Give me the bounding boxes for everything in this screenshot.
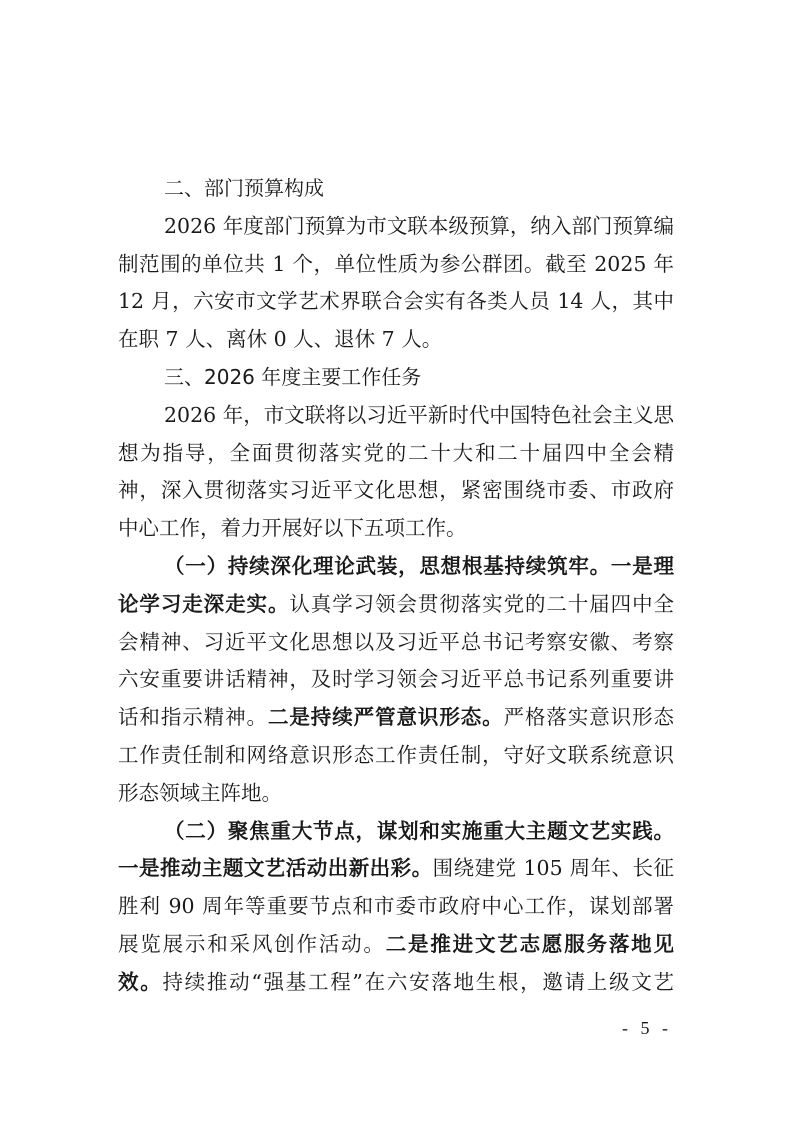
- bold-phrase: 论学习走深走实。: [118, 592, 289, 616]
- text-span: 展览展示和采风创作活动。: [118, 932, 386, 956]
- paragraph-line: 在职 7 人、离休 0 人、退休 7 人。: [118, 321, 674, 359]
- paragraph-line: 2026 年，市文联将以习近平新时代中国特色社会主义思: [118, 397, 674, 435]
- paragraph-line: 效。持续推动“强基工程”在六安落地生根，邀请上级文艺: [118, 964, 674, 1002]
- document-page: 二、部门预算构成 2026 年度部门预算为市文联本级预算，纳入部门预算编 制范围…: [0, 0, 793, 1122]
- paragraph-line: 想为指导，全面贯彻落实党的二十大和二十届四中全会精: [118, 435, 674, 473]
- item-heading-major-events: （二）聚焦重大节点，谋划和实施重大主题文艺实践。: [118, 813, 674, 851]
- section-heading-main-tasks: 三、2026 年度主要工作任务: [118, 359, 674, 397]
- paragraph-line: 12 月，六安市文学艺术界联合会实有各类人员 14 人，其中: [118, 283, 674, 321]
- paragraph-line: 论学习走深走实。认真学习领会贯彻落实党的二十届四中全: [118, 586, 674, 624]
- paragraph-line: 工作责任制和网络意识形态工作责任制，守好文联系统意识: [118, 737, 674, 775]
- section-heading-budget-composition: 二、部门预算构成: [118, 170, 674, 208]
- text-span: 严格落实意识形态: [504, 705, 674, 729]
- paragraph-line: 一是推动主题文艺活动出新出彩。围绕建党 105 周年、长征: [118, 850, 674, 888]
- text-span: 围绕建党 105 周年、长征: [433, 856, 674, 880]
- paragraph-line: 2026 年度部门预算为市文联本级预算，纳入部门预算编: [118, 208, 674, 246]
- text-column: 二、部门预算构成 2026 年度部门预算为市文联本级预算，纳入部门预算编 制范围…: [118, 170, 674, 1002]
- paragraph-line: 中心工作，着力开展好以下五项工作。: [118, 510, 674, 548]
- bold-phrase: 一是推动主题文艺活动出新出彩。: [118, 856, 433, 880]
- paragraph-line: 六安重要讲话精神，及时学习领会习近平总书记系列重要讲: [118, 661, 674, 699]
- paragraph-line: 展览展示和采风创作活动。二是推进文艺志愿服务落地见: [118, 926, 674, 964]
- paragraph-line: 话和指示精神。二是持续严管意识形态。严格落实意识形态: [118, 699, 674, 737]
- paragraph-line: 胜利 90 周年等重要节点和市委市政府中心工作，谋划部署: [118, 888, 674, 926]
- item-heading-theory: （一）持续深化理论武装，思想根基持续筑牢。一是理: [118, 548, 674, 586]
- paragraph-line: 制范围的单位共 1 个，单位性质为参公群团。截至 2025 年: [118, 246, 674, 284]
- page-number: - 5 -: [622, 1018, 672, 1039]
- bold-phrase: 二是持续严管意识形态。: [268, 705, 504, 729]
- text-span: 话和指示精神。: [118, 705, 268, 729]
- bold-phrase: 效。: [118, 970, 162, 994]
- bold-phrase: 二是推进文艺志愿服务落地见: [386, 932, 674, 956]
- paragraph-line: 会精神、习近平文化思想以及习近平总书记考察安徽、考察: [118, 624, 674, 662]
- text-span: 认真学习领会贯彻落实党的二十届四中全: [289, 592, 674, 616]
- paragraph-line: 神，深入贯彻落实习近平文化思想，紧密围绕市委、市政府: [118, 472, 674, 510]
- paragraph-line: 形态领域主阵地。: [118, 775, 674, 813]
- text-span: 持续推动“强基工程”在六安落地生根，邀请上级文艺: [162, 970, 674, 994]
